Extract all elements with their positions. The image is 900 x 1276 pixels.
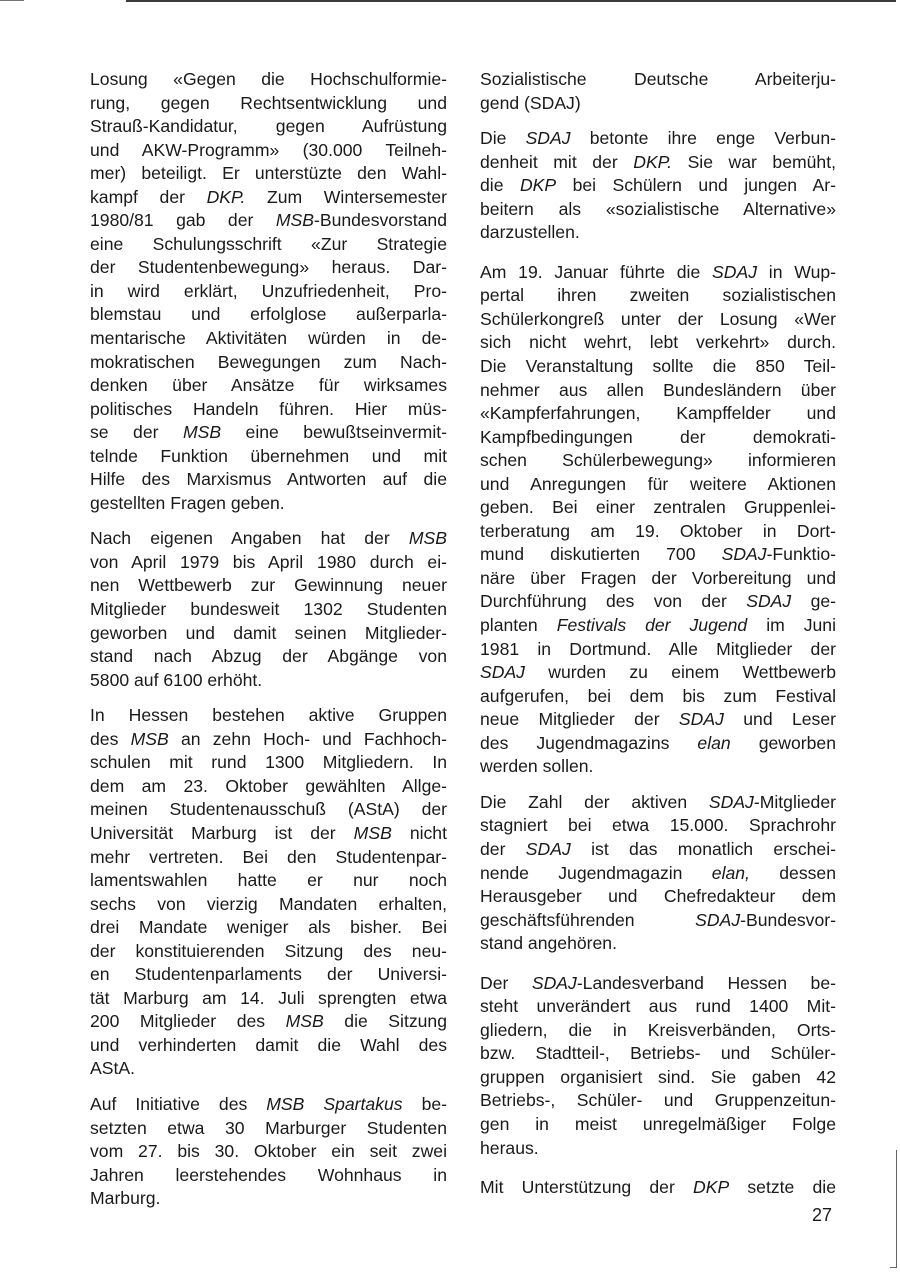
text-run: Zum Wintersemester bbox=[245, 187, 447, 207]
text-run: en Studentenparlaments der Universi- bbox=[90, 964, 447, 984]
text-run: denheit mit der bbox=[480, 152, 633, 172]
text-line: Mit Unterstützung der DKP setzte die bbox=[480, 1176, 836, 1200]
text-line: tät Marburg am 14. Juli sprengten etwa bbox=[90, 987, 447, 1011]
emphasis-text: MSB bbox=[286, 1011, 324, 1031]
text-run: gruppen organisiert sind. Sie gaben 42 bbox=[480, 1067, 836, 1087]
right-edge-rule bbox=[896, 1150, 897, 1268]
text-run: AStA. bbox=[90, 1058, 135, 1078]
text-run: stand nach Abzug der Abgänge von bbox=[90, 646, 447, 666]
text-line: steht unverändert aus rund 1400 Mit- bbox=[480, 995, 836, 1019]
text-line: Die Zahl der aktiven SDAJ-Mitglieder bbox=[480, 791, 836, 815]
emphasis-text: SDAJ bbox=[526, 128, 571, 148]
text-line: nehmer aus allen Bundesländern über bbox=[480, 379, 836, 403]
text-run: Mit Unterstützung der bbox=[480, 1177, 693, 1197]
text-run: von April 1979 bis April 1980 durch ei- bbox=[90, 552, 447, 572]
text-run: Durchführung des von der bbox=[480, 591, 746, 611]
text-run: Die Veranstaltung sollte die 850 Teil- bbox=[480, 356, 836, 376]
text-line: heraus. bbox=[480, 1137, 836, 1161]
text-run: darzustellen. bbox=[480, 222, 580, 242]
text-line: sich nicht wehrt, lebt verkehrt» durch. bbox=[480, 331, 836, 355]
text-run: schen Schülerbewegung» informieren bbox=[480, 450, 836, 470]
text-line: 1980/81 gab der MSB-Bundesvorstand bbox=[90, 209, 447, 233]
text-run: nen Wettbewerb zur Gewinnung neuer bbox=[90, 575, 447, 595]
text-run: Am 19. Januar führte die bbox=[480, 262, 712, 282]
text-run: geben. Bei einer zentralen Gruppenlei- bbox=[480, 497, 836, 517]
emphasis-text: MSB bbox=[183, 422, 221, 442]
text-line: beitern als «sozialistische Alternative» bbox=[480, 198, 836, 222]
text-line: se der MSB eine bewußtseinvermit- bbox=[90, 421, 447, 445]
text-run: und Leser bbox=[724, 709, 836, 729]
text-line: gend (SDAJ) bbox=[480, 92, 836, 116]
paragraph: Am 19. Januar führte die SDAJ in Wup-per… bbox=[480, 261, 836, 779]
paragraph: In Hessen bestehen aktive Gruppendes MSB… bbox=[90, 704, 447, 1081]
text-line: drei Mandate weniger als bisher. Bei bbox=[90, 916, 447, 940]
text-run: -Funktio- bbox=[767, 544, 836, 564]
text-line: Hilfe des Marxismus Antworten auf die bbox=[90, 468, 447, 492]
text-run: 1981 in Dortmund. Alle Mitglieder der bbox=[480, 639, 836, 659]
text-line: Universität Marburg ist der MSB nicht bbox=[90, 822, 447, 846]
text-run: mentarische Aktivitäten würden in de- bbox=[90, 328, 447, 348]
text-line: geben. Bei einer zentralen Gruppenlei- bbox=[480, 496, 836, 520]
text-line: vom 27. bis 30. Oktober ein seit zwei bbox=[90, 1140, 447, 1164]
text-line: Jahren leerstehendes Wohnhaus in bbox=[90, 1164, 447, 1188]
text-run: eine Schulungsschrift «Zur Strategie bbox=[90, 234, 447, 254]
text-run: geworben und damit seinen Mitglieder- bbox=[90, 623, 447, 643]
text-line: rung, gegen Rechtsentwicklung und bbox=[90, 92, 447, 116]
text-line: Am 19. Januar führte die SDAJ in Wup- bbox=[480, 261, 836, 285]
paragraph: Losung «Gegen die Hochschulformie-rung, … bbox=[90, 68, 447, 515]
text-run: mer) beteiligt. Er unterstüzte den Wahl- bbox=[90, 163, 447, 183]
text-run: die Sitzung bbox=[324, 1011, 447, 1031]
text-run: näre über Fragen der Vorbereitung und bbox=[480, 568, 836, 588]
text-line: gruppen organisiert sind. Sie gaben 42 bbox=[480, 1066, 836, 1090]
text-run: lamentswahlen hatte er nur noch bbox=[90, 870, 447, 890]
text-line: und verhinderten damit die Wahl des bbox=[90, 1034, 447, 1058]
text-run: stand angehören. bbox=[480, 933, 617, 953]
text-run: 200 Mitglieder des bbox=[90, 1011, 286, 1031]
text-line: Mitglieder bundesweit 1302 Studenten bbox=[90, 598, 447, 622]
page-number: 27 bbox=[812, 1205, 832, 1226]
paragraph-gap bbox=[480, 1160, 836, 1176]
text-line: setzten etwa 30 Marburger Studenten bbox=[90, 1117, 447, 1141]
text-run: heraus. bbox=[480, 1138, 539, 1158]
text-run: Der bbox=[480, 973, 532, 993]
text-run: des bbox=[90, 729, 131, 749]
text-run: dem am 23. Oktober gewählten Allge- bbox=[90, 776, 447, 796]
text-line: gen in meist unregelmäßiger Folge bbox=[480, 1113, 836, 1137]
text-run: sechs von vierzig Mandaten erhalten, bbox=[90, 894, 447, 914]
text-run: wurden zu einem Wettbewerb bbox=[525, 662, 836, 682]
text-run: planten bbox=[480, 615, 557, 635]
emphasis-text: DKP. bbox=[207, 187, 246, 207]
text-line: Losung «Gegen die Hochschulformie- bbox=[90, 68, 447, 92]
text-run: Kampfbedingungen der demokrati- bbox=[480, 427, 836, 447]
text-run: -Landesverband Hessen be- bbox=[577, 973, 836, 993]
emphasis-text: MSB bbox=[131, 729, 169, 749]
text-line: gliedern, die in Kreisverbänden, Orts- bbox=[480, 1019, 836, 1043]
text-line: kampf der DKP. Zum Wintersemester bbox=[90, 186, 447, 210]
paragraph-gap bbox=[480, 956, 836, 972]
text-line: SDAJ wurden zu einem Wettbewerb bbox=[480, 661, 836, 685]
text-line: politisches Handeln führen. Hier müs- bbox=[90, 398, 447, 422]
text-run: gliedern, die in Kreisverbänden, Orts- bbox=[480, 1020, 836, 1040]
text-run: blemstau und erfolglose außerparla- bbox=[90, 304, 447, 324]
text-line: stand nach Abzug der Abgänge von bbox=[90, 645, 447, 669]
text-line: und AKW-Programm» (30.000 Teilneh- bbox=[90, 139, 447, 163]
section-heading: Sozialistische Deutsche Arbeiterju-gend … bbox=[480, 68, 836, 115]
text-line: Kampfbedingungen der demokrati- bbox=[480, 426, 836, 450]
right-column: Sozialistische Deutsche Arbeiterju-gend … bbox=[480, 68, 836, 1200]
text-line: Die SDAJ betonte ihre enge Verbun- bbox=[480, 127, 836, 151]
paragraph-gap bbox=[90, 1081, 447, 1093]
text-line: schen Schülerbewegung» informieren bbox=[480, 449, 836, 473]
text-line: Marburg. bbox=[90, 1187, 447, 1211]
text-line: telnde Funktion übernehmen und mit bbox=[90, 445, 447, 469]
text-run: Herausgeber und Chefredakteur dem bbox=[480, 886, 836, 906]
emphasis-text: SDAJ bbox=[695, 910, 740, 930]
text-run: aufgerufen, bei dem bis zum Festival bbox=[480, 686, 836, 706]
paragraph: Nach eigenen Angaben hat der MSBvon Apri… bbox=[90, 527, 447, 692]
emphasis-text: MSB bbox=[409, 528, 447, 548]
text-run: politisches Handeln führen. Hier müs- bbox=[90, 399, 447, 419]
text-run: Marburg. bbox=[90, 1188, 160, 1208]
text-line: und Anregungen für weitere Aktionen bbox=[480, 473, 836, 497]
text-line: terberatung am 19. Oktober in Dort- bbox=[480, 520, 836, 544]
text-line: in wird erklärt, Unzufriedenheit, Pro- bbox=[90, 280, 447, 304]
text-run: Die bbox=[480, 128, 526, 148]
text-run: der Studentenbewegung» heraus. Dar- bbox=[90, 257, 447, 277]
text-run: der konstituierenden Sitzung des neu- bbox=[90, 941, 447, 961]
text-line: AStA. bbox=[90, 1057, 447, 1081]
text-run: Mitglieder bundesweit 1302 Studenten bbox=[90, 599, 447, 619]
text-run: «Kampferfahrungen, Kampffelder und bbox=[480, 403, 836, 423]
text-line: In Hessen bestehen aktive Gruppen bbox=[90, 704, 447, 728]
text-run: und Anregungen für weitere Aktionen bbox=[480, 474, 836, 494]
text-run: und verhinderten damit die Wahl des bbox=[90, 1035, 447, 1055]
text-line: werden sollen. bbox=[480, 755, 836, 779]
text-line: der SDAJ ist das monatlich erschei- bbox=[480, 838, 836, 862]
text-line: bzw. Stadtteil-, Betriebs- und Schüler- bbox=[480, 1042, 836, 1066]
paragraph-gap bbox=[90, 515, 447, 527]
text-line: geworben und damit seinen Mitglieder- bbox=[90, 622, 447, 646]
text-run: beitern als «sozialistische Alternative» bbox=[480, 199, 836, 219]
text-run: an zehn Hoch- und Fachhoch- bbox=[169, 729, 447, 749]
text-run: nende Jugendmagazin bbox=[480, 863, 712, 883]
text-line: Strauß-Kandidatur, gegen Aufrüstung bbox=[90, 115, 447, 139]
paragraph: Die SDAJ betonte ihre enge Verbun-denhei… bbox=[480, 127, 836, 245]
text-run: Sozialistische Deutsche Arbeiterju- bbox=[480, 69, 836, 89]
left-column: Losung «Gegen die Hochschulformie-rung, … bbox=[90, 68, 447, 1211]
text-line: 5800 auf 6100 erhöht. bbox=[90, 669, 447, 693]
text-line: Durchführung des von der SDAJ ge- bbox=[480, 590, 836, 614]
text-run: Sie war bemüht, bbox=[672, 152, 836, 172]
text-run: mund diskutierten 700 bbox=[480, 544, 722, 564]
text-run: steht unverändert aus rund 1400 Mit- bbox=[480, 996, 836, 1016]
text-line: «Kampferfahrungen, Kampffelder und bbox=[480, 402, 836, 426]
text-run: im Juni bbox=[747, 615, 836, 635]
text-run: terberatung am 19. Oktober in Dort- bbox=[480, 521, 836, 541]
text-run: pertal ihren zweiten sozialistischen bbox=[480, 285, 836, 305]
text-run: schulen mit rund 1300 Mitgliedern. In bbox=[90, 752, 447, 772]
text-line: Betriebs-, Schüler- und Gruppenzeitun- bbox=[480, 1089, 836, 1113]
text-line: schulen mit rund 1300 Mitgliedern. In bbox=[90, 751, 447, 775]
emphasis-text: DKP. bbox=[633, 152, 672, 172]
text-run: drei Mandate weniger als bisher. Bei bbox=[90, 917, 447, 937]
text-line: denheit mit der DKP. Sie war bemüht, bbox=[480, 151, 836, 175]
text-run: Nach eigenen Angaben hat der bbox=[90, 528, 409, 548]
scan-mark bbox=[0, 0, 24, 1]
emphasis-text: MSB bbox=[276, 210, 314, 230]
text-run: 5800 auf 6100 erhöht. bbox=[90, 670, 262, 690]
text-run: -Bundesvor- bbox=[740, 910, 836, 930]
text-run: Losung «Gegen die Hochschulformie- bbox=[90, 69, 447, 89]
text-run: nicht bbox=[392, 823, 447, 843]
text-run: kampf der bbox=[90, 187, 207, 207]
emphasis-text: SDAJ bbox=[532, 973, 577, 993]
text-run: in wird erklärt, Unzufriedenheit, Pro- bbox=[90, 281, 447, 301]
text-line: meinen Studentenausschuß (AStA) der bbox=[90, 798, 447, 822]
text-run: setzten etwa 30 Marburger Studenten bbox=[90, 1118, 447, 1138]
text-run: In Hessen bestehen aktive Gruppen bbox=[90, 705, 447, 725]
paragraph-gap bbox=[480, 115, 836, 127]
text-line: blemstau und erfolglose außerparla- bbox=[90, 303, 447, 327]
text-run: neue Mitglieder der bbox=[480, 709, 679, 729]
emphasis-text: SDAJ bbox=[709, 792, 754, 812]
text-run: denken über Ansätze für wirksames bbox=[90, 375, 447, 395]
text-run: Jahren leerstehendes Wohnhaus in bbox=[90, 1165, 447, 1185]
text-run: eine bewußtseinvermit- bbox=[221, 422, 447, 442]
text-run: nehmer aus allen Bundesländern über bbox=[480, 380, 836, 400]
text-line: geschäftsführenden SDAJ-Bundesvor- bbox=[480, 909, 836, 933]
text-line: mentarische Aktivitäten würden in de- bbox=[90, 327, 447, 351]
text-line: denken über Ansätze für wirksames bbox=[90, 374, 447, 398]
text-run: die bbox=[480, 175, 520, 195]
paragraph: Auf Initiative des MSB Spartakus be-setz… bbox=[90, 1093, 447, 1211]
paragraph-gap bbox=[480, 245, 836, 261]
paragraph: Der SDAJ-Landesverband Hessen be-steht u… bbox=[480, 972, 836, 1160]
emphasis-text: MSB Spartakus bbox=[266, 1094, 402, 1114]
text-run: -Mitglieder bbox=[754, 792, 836, 812]
emphasis-text: SDAJ bbox=[722, 544, 767, 564]
text-run: ge- bbox=[791, 591, 836, 611]
text-line: planten Festivals der Jugend im Juni bbox=[480, 614, 836, 638]
emphasis-text: Festivals der Jugend bbox=[557, 615, 748, 635]
text-run: des Jugendmagazins bbox=[480, 733, 697, 753]
text-line: pertal ihren zweiten sozialistischen bbox=[480, 284, 836, 308]
text-line: nende Jugendmagazin elan, dessen bbox=[480, 862, 836, 886]
text-line: mokratischen Bewegungen zum Nach- bbox=[90, 351, 447, 375]
text-line: Der SDAJ-Landesverband Hessen be- bbox=[480, 972, 836, 996]
paragraph-gap bbox=[480, 779, 836, 791]
emphasis-text: SDAJ bbox=[526, 839, 571, 859]
text-run: gestellten Fragen geben. bbox=[90, 493, 285, 513]
text-run: Schülerkongreß unter der Losung «Wer bbox=[480, 309, 836, 329]
text-line: näre über Fragen der Vorbereitung und bbox=[480, 567, 836, 591]
text-run: geworben bbox=[731, 733, 836, 753]
text-run: der bbox=[480, 839, 526, 859]
text-run: tät Marburg am 14. Juli sprengten etwa bbox=[90, 988, 447, 1008]
text-run: Universität Marburg ist der bbox=[90, 823, 354, 843]
text-run: sich nicht wehrt, lebt verkehrt» durch. bbox=[480, 332, 836, 352]
text-line: von April 1979 bis April 1980 durch ei- bbox=[90, 551, 447, 575]
emphasis-text: elan, bbox=[712, 863, 750, 883]
text-run: Die Zahl der aktiven bbox=[480, 792, 709, 812]
emphasis-text: MSB bbox=[354, 823, 392, 843]
text-run: se der bbox=[90, 422, 183, 442]
text-run: Hilfe des Marxismus Antworten auf die bbox=[90, 469, 447, 489]
text-line: Die Veranstaltung sollte die 850 Teil- bbox=[480, 355, 836, 379]
text-line: die DKP bei Schülern und jungen Ar- bbox=[480, 174, 836, 198]
text-line: mer) beteiligt. Er unterstüzte den Wahl- bbox=[90, 162, 447, 186]
text-run: vom 27. bis 30. Oktober ein seit zwei bbox=[90, 1141, 447, 1161]
text-line: Auf Initiative des MSB Spartakus be- bbox=[90, 1093, 447, 1117]
emphasis-text: DKP bbox=[693, 1177, 729, 1197]
emphasis-text: elan bbox=[697, 733, 730, 753]
text-line: gestellten Fragen geben. bbox=[90, 492, 447, 516]
text-line: en Studentenparlaments der Universi- bbox=[90, 963, 447, 987]
emphasis-text: SDAJ bbox=[480, 662, 525, 682]
text-line: aufgerufen, bei dem bis zum Festival bbox=[480, 685, 836, 709]
text-line: eine Schulungsschrift «Zur Strategie bbox=[90, 233, 447, 257]
text-line: dem am 23. Oktober gewählten Allge- bbox=[90, 775, 447, 799]
text-run: Betriebs-, Schüler- und Gruppenzeitun- bbox=[480, 1090, 836, 1110]
text-run: mehr vertreten. Bei den Studentenpar- bbox=[90, 847, 447, 867]
text-run: bzw. Stadtteil-, Betriebs- und Schüler- bbox=[480, 1043, 836, 1063]
text-line: nen Wettbewerb zur Gewinnung neuer bbox=[90, 574, 447, 598]
text-run: be- bbox=[403, 1094, 447, 1114]
text-run: meinen Studentenausschuß (AStA) der bbox=[90, 799, 447, 819]
text-line: 200 Mitglieder des MSB die Sitzung bbox=[90, 1010, 447, 1034]
paragraph-gap bbox=[90, 692, 447, 704]
text-line: des MSB an zehn Hoch- und Fachhoch- bbox=[90, 728, 447, 752]
text-run: gend (SDAJ) bbox=[480, 93, 581, 113]
text-run: mokratischen Bewegungen zum Nach- bbox=[90, 352, 447, 372]
text-run: telnde Funktion übernehmen und mit bbox=[90, 446, 447, 466]
text-line: lamentswahlen hatte er nur noch bbox=[90, 869, 447, 893]
text-line: Herausgeber und Chefredakteur dem bbox=[480, 885, 836, 909]
text-line: mund diskutierten 700 SDAJ-Funktio- bbox=[480, 543, 836, 567]
text-line: stagniert bei etwa 15.000. Sprachrohr bbox=[480, 814, 836, 838]
paragraph: Mit Unterstützung der DKP setzte die bbox=[480, 1176, 836, 1200]
text-line: neue Mitglieder der SDAJ und Leser bbox=[480, 708, 836, 732]
text-line: 1981 in Dortmund. Alle Mitglieder der bbox=[480, 638, 836, 662]
text-run: setzte die bbox=[729, 1177, 836, 1197]
text-line: stand angehören. bbox=[480, 932, 836, 956]
text-run: dessen bbox=[750, 863, 836, 883]
text-line: Sozialistische Deutsche Arbeiterju- bbox=[480, 68, 836, 92]
text-line: der konstituierenden Sitzung des neu- bbox=[90, 940, 447, 964]
text-run: stagniert bei etwa 15.000. Sprachrohr bbox=[480, 815, 836, 835]
text-line: darzustellen. bbox=[480, 221, 836, 245]
emphasis-text: SDAJ bbox=[746, 591, 791, 611]
emphasis-text: SDAJ bbox=[712, 262, 757, 282]
text-line: Nach eigenen Angaben hat der MSB bbox=[90, 527, 447, 551]
text-run: bei Schülern und jungen Ar- bbox=[556, 175, 836, 195]
text-run: in Wup- bbox=[757, 262, 836, 282]
text-run: Auf Initiative des bbox=[90, 1094, 266, 1114]
text-line: Schülerkongreß unter der Losung «Wer bbox=[480, 308, 836, 332]
text-run: Strauß-Kandidatur, gegen Aufrüstung bbox=[90, 116, 447, 136]
text-line: mehr vertreten. Bei den Studentenpar- bbox=[90, 846, 447, 870]
text-run: 1980/81 gab der bbox=[90, 210, 276, 230]
text-run: werden sollen. bbox=[480, 756, 593, 776]
text-run: und AKW-Programm» (30.000 Teilneh- bbox=[90, 140, 447, 160]
text-run: geschäftsführenden bbox=[480, 910, 695, 930]
text-line: sechs von vierzig Mandaten erhalten, bbox=[90, 893, 447, 917]
paragraph: Die Zahl der aktiven SDAJ-Mitgliederstag… bbox=[480, 791, 836, 956]
text-run: gen in meist unregelmäßiger Folge bbox=[480, 1114, 836, 1134]
text-run: -Bundesvorstand bbox=[314, 210, 447, 230]
text-run: rung, gegen Rechtsentwicklung und bbox=[90, 93, 447, 113]
text-run: ist das monatlich erschei- bbox=[571, 839, 836, 859]
right-edge-rule-foot bbox=[890, 1267, 897, 1268]
text-line: des Jugendmagazins elan geworben bbox=[480, 732, 836, 756]
text-run: betonte ihre enge Verbun- bbox=[571, 128, 836, 148]
emphasis-text: DKP bbox=[520, 175, 556, 195]
top-rule bbox=[126, 0, 896, 2]
emphasis-text: SDAJ bbox=[679, 709, 724, 729]
text-line: der Studentenbewegung» heraus. Dar- bbox=[90, 256, 447, 280]
